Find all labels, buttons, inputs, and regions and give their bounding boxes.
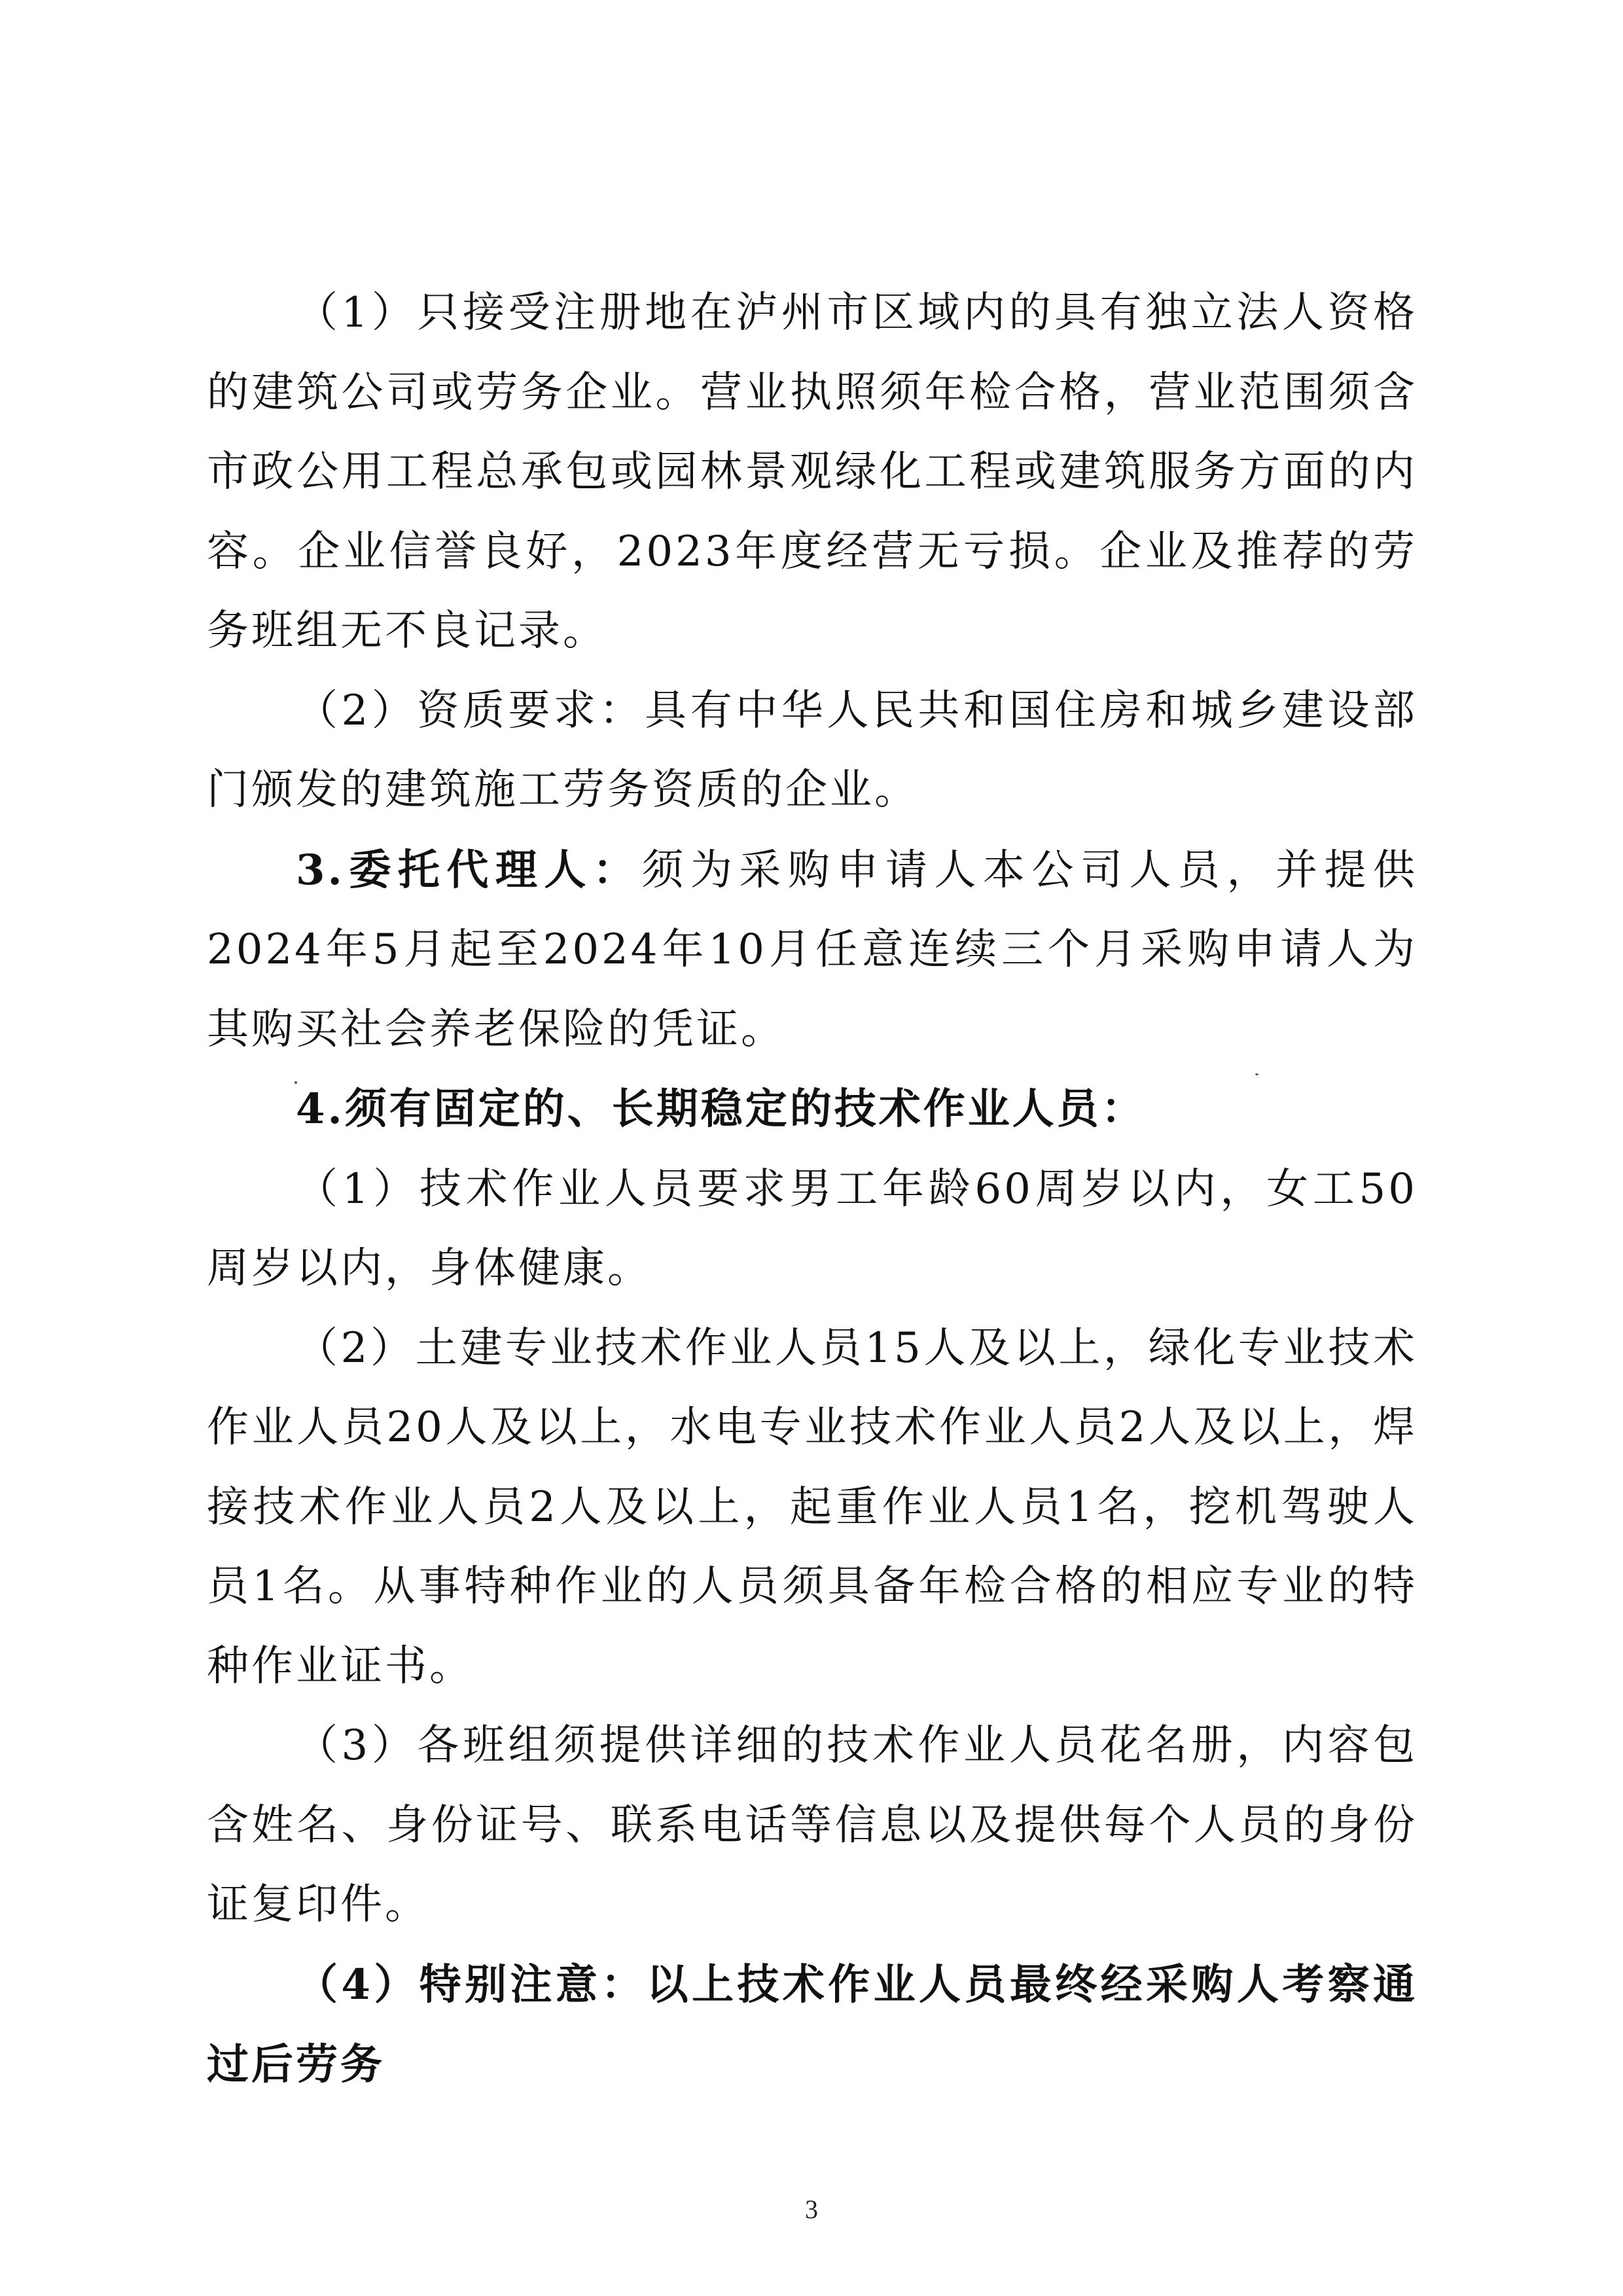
page-number: 3 [0, 2194, 1623, 2225]
paragraph-text: （1）技术作业人员要求男工年龄60周岁以内，女工50周岁以内，身体健康。 [207, 1165, 1418, 1293]
document-page: （1）只接受注册地在泸州市区域内的具有独立法人资格的建筑公司或劳务企业。营业执照… [207, 274, 1418, 2106]
scan-speck [1255, 1073, 1258, 1075]
paragraph-staff-numbers: （2）土建专业技术作业人员15人及以上，绿化专业技术作业人员20人及以上，水电专… [207, 1309, 1418, 1707]
section-heading-4: 4.须有固定的、长期稳定的技术作业人员： [296, 1085, 1146, 1134]
paragraph-text: （2）资质要求：具有中华人民共和国住房和城乡建设部门颁发的建筑施工劳务资质的企业… [207, 687, 1418, 815]
paragraph-technical-staff-heading: 4.须有固定的、长期稳定的技术作业人员： [207, 1069, 1418, 1150]
paragraph-registration-requirement: （1）只接受注册地在泸州市区域内的具有独立法人资格的建筑公司或劳务企业。营业执照… [207, 274, 1418, 672]
paragraph-text: （3）各班组须提供详细的技术作业人员花名册，内容包含姓名、身份证号、联系电话等信… [207, 1721, 1418, 1929]
paragraph-special-note: （4）特别注意：以上技术作业人员最终经采购人考察通过后劳务 [207, 1945, 1418, 2106]
scan-speck [294, 1081, 297, 1084]
section-heading-3: 3.委托代理人： [296, 846, 641, 895]
paragraph-authorized-agent: 3.委托代理人：须为采购申请人本公司人员，并提供2024年5月起至2024年10… [207, 831, 1418, 1070]
paragraph-roster-requirement: （3）各班组须提供详细的技术作业人员花名册，内容包含姓名、身份证号、联系电话等信… [207, 1706, 1418, 1945]
paragraph-age-requirement: （1）技术作业人员要求男工年龄60周岁以内，女工50周岁以内，身体健康。 [207, 1150, 1418, 1309]
paragraph-text: （2）土建专业技术作业人员15人及以上，绿化专业技术作业人员20人及以上，水电专… [207, 1324, 1418, 1691]
special-note-text: （4）特别注意：以上技术作业人员最终经采购人考察通过后劳务 [207, 1960, 1418, 2090]
paragraph-qualification-requirement: （2）资质要求：具有中华人民共和国住房和城乡建设部门颁发的建筑施工劳务资质的企业… [207, 672, 1418, 831]
paragraph-text: （1）只接受注册地在泸州市区域内的具有独立法人资格的建筑公司或劳务企业。营业执照… [207, 289, 1418, 655]
